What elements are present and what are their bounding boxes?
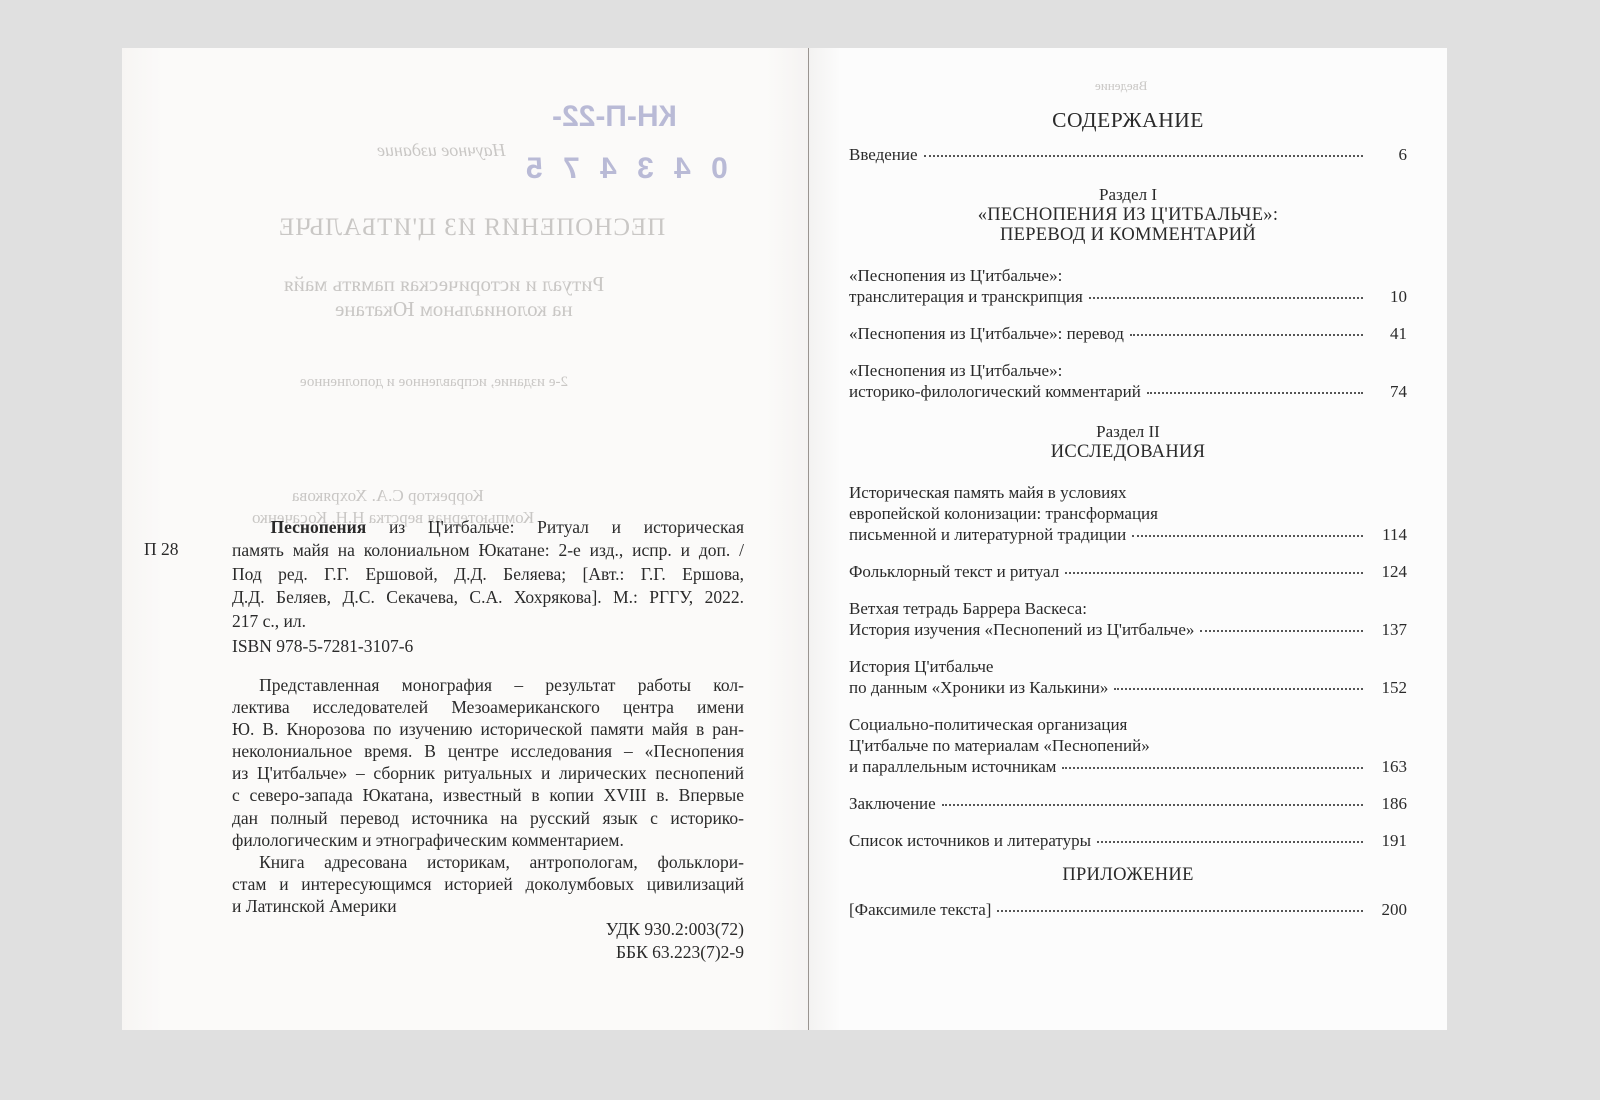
toc-entry-row: и параллельным источникам163 (849, 756, 1407, 777)
toc-entry-text: транслитерация и транскрипция (849, 286, 1089, 307)
toc-entry-text: письменной и литературной традиции (849, 524, 1132, 545)
toc-entry-text: европейской колонизации: трансформация (849, 503, 1407, 524)
toc-entry-text: Ветхая тетрадь Баррера Васкеса: (849, 598, 1407, 619)
toc-page-number: 41 (1377, 323, 1407, 344)
toc-entry-text: История Ц'итбальче (849, 656, 1407, 677)
toc-entry-row: транслитерация и транскрипция10 (849, 286, 1407, 307)
toc-entry-row: История изучения «Песнопений из Ц'итбаль… (849, 619, 1407, 640)
dot-leader (924, 155, 1363, 157)
toc-entry[interactable]: Социально-политическая организацияЦ'итба… (849, 714, 1407, 777)
toc-page-number: 163 (1377, 756, 1407, 777)
toc-entry-row: [Факсимиле текста]200 (849, 899, 1407, 920)
toc-entry-text: историко-филологический комментарий (849, 381, 1147, 402)
isbn: ISBN 978-5-7281-3107-6 (232, 636, 413, 657)
toc-entry[interactable]: Фольклорный текст и ритуал124 (849, 561, 1407, 582)
toc-entry-row: Заключение186 (849, 793, 1407, 814)
dot-leader (1062, 767, 1363, 769)
toc-page-number: 6 (1377, 144, 1407, 165)
catalog-line-5: 217 с., ил. (232, 610, 744, 633)
catalog-entry: Песнопения из Ц'итбальче: Ритуал и истор… (232, 516, 744, 633)
udk-code: УДК 930.2:003(72) (606, 918, 744, 941)
bleed-title: ПЕСНОПЕНИЯ ИЗ Ц'ИТБАЛЬЧЕ (278, 214, 665, 242)
right-page: Введение СОДЕРЖАНИЕ Введение6 Раздел I «… (808, 48, 1447, 1030)
annotation-line: с северо-запада Юкатана, известный в коп… (232, 784, 744, 806)
toc-entry-text: Заключение (849, 793, 942, 814)
toc-entry-row: письменной и литературной традиции114 (849, 524, 1407, 545)
toc-entry-row: историко-филологический комментарий74 (849, 381, 1407, 402)
toc-page-number: 200 (1377, 899, 1407, 920)
toc-page-number: 114 (1377, 524, 1407, 545)
toc-entry-row: по данным «Хроники из Калькини»152 (849, 677, 1407, 698)
table-of-contents: СОДЕРЖАНИЕ Введение6 Раздел I «ПЕСНОПЕНИ… (849, 106, 1407, 920)
annotation-paragraph-2: Книга адресована историкам, антропологам… (232, 851, 744, 917)
annotation-line: филологическим и этнографическим коммент… (232, 829, 744, 851)
toc-entry-text: Социально-политическая организация (849, 714, 1407, 735)
toc-page-number: 137 (1377, 619, 1407, 640)
annotation-line: лектива исследователей Мезоамериканского… (232, 696, 744, 718)
catalog-line-4: Д.Д. Беляев, Д.С. Секачева, С.А. Хохряко… (232, 586, 744, 609)
annotation-line: стам и интересующимся историей доколумбо… (232, 873, 744, 895)
toc-page-number: 191 (1377, 830, 1407, 851)
toc-entry-row: Фольклорный текст и ритуал124 (849, 561, 1407, 582)
toc-entry-row: Введение6 (849, 144, 1407, 165)
bleed-header: Введение (1095, 78, 1147, 94)
toc-entry[interactable]: Ветхая тетрадь Баррера Васкеса:История и… (849, 598, 1407, 640)
toc-page-number: 152 (1377, 677, 1407, 698)
dot-leader (1147, 392, 1363, 394)
dot-leader (1130, 334, 1363, 336)
catalog-title: Песнопения (271, 517, 367, 537)
section-1-label: Раздел I (849, 185, 1407, 205)
annotation: Представленная монография – результат ра… (232, 674, 744, 917)
catalog-line-2: память майя на колониальном Юкатане: 2-е… (232, 539, 744, 562)
annotation-line: дан полный перевод источника на русский … (232, 807, 744, 829)
toc-entry-text: «Песнопения из Ц'итбальче»: перевод (849, 323, 1130, 344)
bbk-code: ББК 63.223(7)2-9 (606, 941, 744, 964)
dot-leader (1097, 841, 1363, 843)
annotation-line: Ю. В. Кнорозова по изучению исторической… (232, 718, 744, 740)
toc-entry[interactable]: История Ц'итбальчепо данным «Хроники из … (849, 656, 1407, 698)
annotation-line: неколониальное время. В центре исследова… (232, 740, 744, 762)
toc-page-number: 186 (1377, 793, 1407, 814)
catalog-line-1-text: из Ц'итбальче: Ритуал и историческая (366, 517, 744, 537)
bleed-edition-type: Научное издание (377, 140, 506, 161)
toc-entry-row: «Песнопения из Ц'итбальче»: перевод41 (849, 323, 1407, 344)
catalog-code: П 28 (144, 539, 179, 560)
toc-page-number: 74 (1377, 381, 1407, 402)
catalog-line-1: Песнопения из Ц'итбальче: Ритуал и истор… (232, 516, 744, 539)
classification-codes: УДК 930.2:003(72) ББК 63.223(7)2-9 (606, 918, 744, 964)
toc-entry[interactable]: Список источников и литературы191 (849, 830, 1407, 851)
toc-entry[interactable]: Историческая память майя в условияхевроп… (849, 482, 1407, 545)
annotation-line: Представленная монография – результат ра… (232, 674, 744, 696)
toc-page-number: 10 (1377, 286, 1407, 307)
annotation-line: из Ц'итбальче» – сборник ритуальных и ли… (232, 762, 744, 784)
dot-leader (942, 804, 1363, 806)
toc-entry-row: Список источников и литературы191 (849, 830, 1407, 851)
section-2-heading: Раздел II ИССЛЕДОВАНИЯ (849, 422, 1407, 462)
bleed-credit-1: Корректор С.А. Хохрякова (292, 486, 484, 506)
toc-entry[interactable]: Введение6 (849, 144, 1407, 165)
section-1-heading: Раздел I «ПЕСНОПЕНИЯ ИЗ Ц'ИТБАЛЬЧЕ»: ПЕР… (849, 185, 1407, 245)
bleed-stamp-code: КН-П-22- (552, 100, 677, 134)
annotation-line: Книга адресована историкам, антропологам… (232, 851, 744, 873)
toc-entry-text: «Песнопения из Ц'итбальче»: (849, 360, 1407, 381)
toc-entry-text: [Факсимиле текста] (849, 899, 997, 920)
toc-entry[interactable]: «Песнопения из Ц'итбальче»: перевод41 (849, 323, 1407, 344)
dot-leader (1065, 572, 1363, 574)
section-1-title-2: ПЕРЕВОД И КОММЕНТАРИЙ (849, 225, 1407, 245)
toc-entry[interactable]: «Песнопения из Ц'итбальче»:транслитераци… (849, 265, 1407, 307)
annotation-line: и Латинской Америки (232, 895, 744, 917)
dot-leader (1089, 297, 1363, 299)
appendix-title: ПРИЛОЖЕНИЕ (849, 865, 1407, 885)
section-2-title: ИССЛЕДОВАНИЯ (849, 442, 1407, 462)
toc-entry[interactable]: [Факсимиле текста]200 (849, 899, 1407, 920)
toc-entry-text: Фольклорный текст и ритуал (849, 561, 1065, 582)
toc-entry-text: и параллельным источникам (849, 756, 1062, 777)
appendix-heading: ПРИЛОЖЕНИЕ (849, 865, 1407, 885)
toc-entry-text: «Песнопения из Ц'итбальче»: (849, 265, 1407, 286)
dot-leader (1200, 630, 1363, 632)
left-page: КН-П-22- 0 4 3 4 7 5 Научное издание ПЕС… (122, 48, 808, 1030)
toc-entry-text: История изучения «Песнопений из Ц'итбаль… (849, 619, 1200, 640)
toc-entry-text: по данным «Хроники из Калькини» (849, 677, 1114, 698)
dot-leader (1132, 535, 1363, 537)
dot-leader (1114, 688, 1363, 690)
bleed-edition: 2-е издание, исправленное и дополненное (300, 374, 568, 391)
bleed-subtitle-1: Ритуал и историческая память майя (284, 272, 604, 297)
toc-entry-text: Список источников и литературы (849, 830, 1097, 851)
toc-entry-text: Историческая память майя в условиях (849, 482, 1407, 503)
toc-entry[interactable]: «Песнопения из Ц'итбальче»:историко-фило… (849, 360, 1407, 402)
dot-leader (997, 910, 1363, 912)
annotation-paragraph-1: Представленная монография – результат ра… (232, 674, 744, 851)
section-1-title-1: «ПЕСНОПЕНИЯ ИЗ Ц'ИТБАЛЬЧЕ»: (849, 205, 1407, 225)
bleed-subtitle-2: на колониальном Юкатане (335, 297, 573, 322)
section-2-label: Раздел II (849, 422, 1407, 442)
catalog-line-3: Под ред. Г.Г. Ершовой, Д.Д. Беляева; [Ав… (232, 563, 744, 586)
toc-entry[interactable]: Заключение186 (849, 793, 1407, 814)
toc-title: СОДЕРЖАНИЕ (849, 106, 1407, 134)
bleed-stamp-number: 0 4 3 4 7 5 (520, 152, 728, 186)
toc-entry-text: Ц'итбальче по материалам «Песнопений» (849, 735, 1407, 756)
toc-entry-text: Введение (849, 144, 924, 165)
toc-page-number: 124 (1377, 561, 1407, 582)
